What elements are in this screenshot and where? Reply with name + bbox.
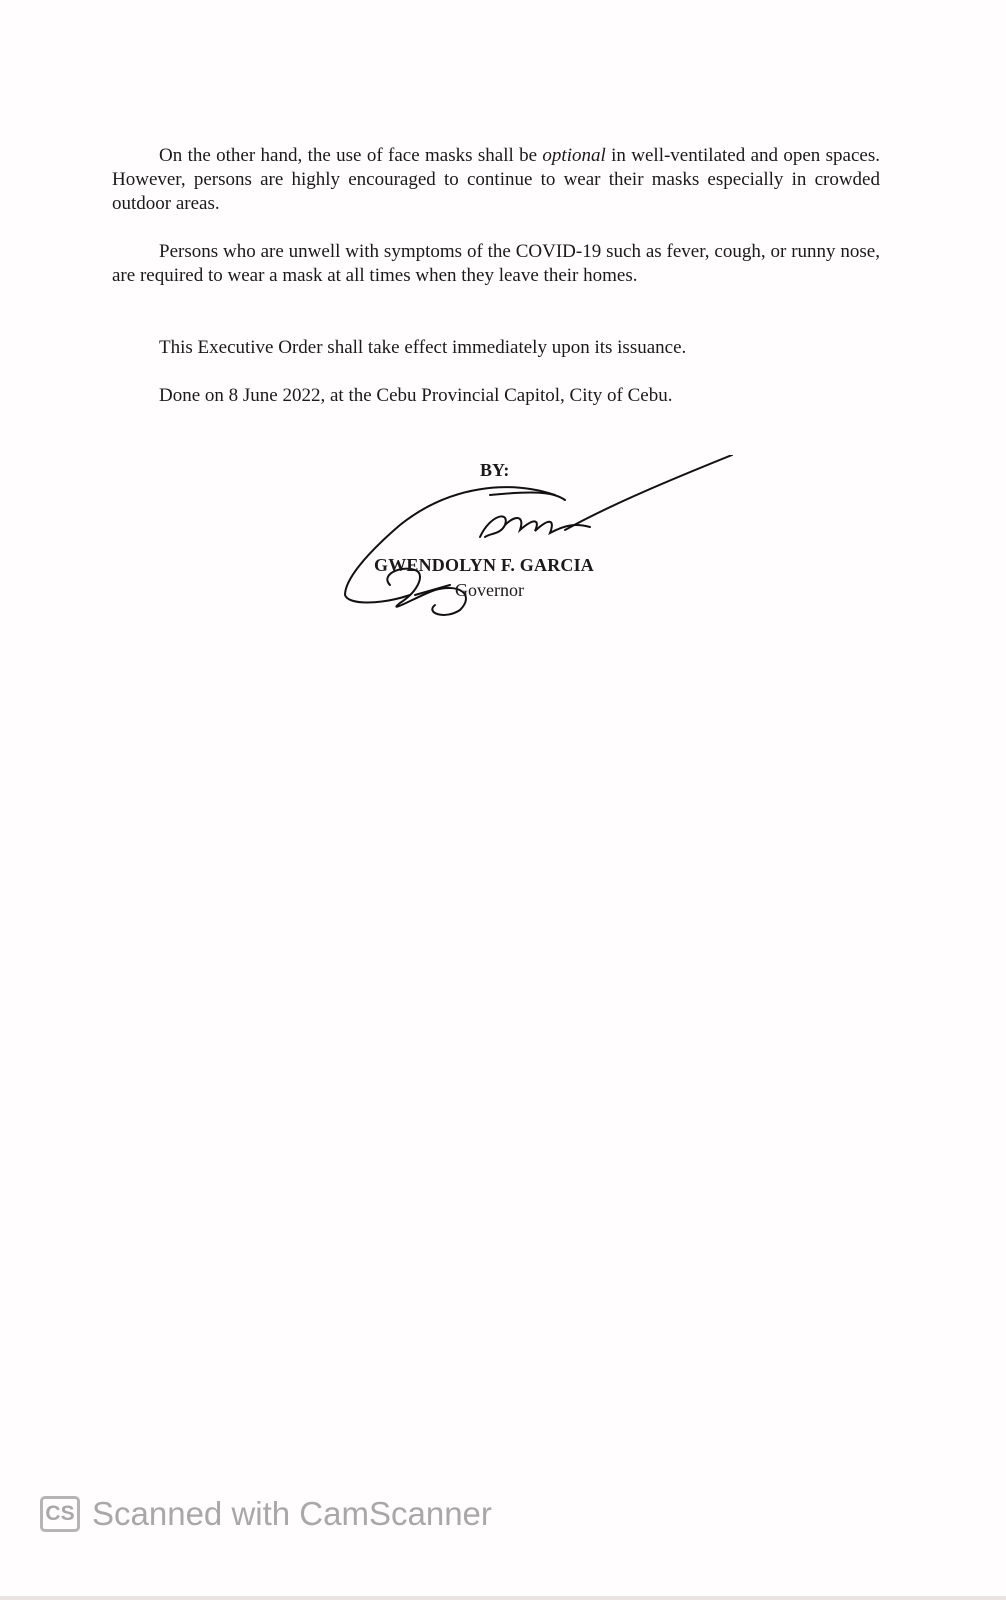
signatory-title: Governor xyxy=(455,580,524,601)
watermark-text: Scanned with CamScanner xyxy=(92,1495,492,1533)
paragraph-done-date: Done on 8 June 2022, at the Cebu Provinc… xyxy=(112,384,880,408)
page-bottom-edge xyxy=(0,1596,1006,1600)
camscanner-watermark: CS Scanned with CamScanner xyxy=(40,1495,492,1533)
camscanner-logo-icon: CS xyxy=(40,1496,80,1532)
paragraph-face-mask-optional: On the other hand, the use of face masks… xyxy=(112,144,880,216)
paragraph-effectivity: This Executive Order shall take effect i… xyxy=(112,336,880,360)
signatory-name: GWENDOLYN F. GARCIA xyxy=(374,555,594,576)
signature-icon xyxy=(340,455,760,635)
emphasis-optional: optional xyxy=(542,145,605,166)
paragraph-unwell-persons: Persons who are unwell with symptoms of … xyxy=(112,240,880,288)
